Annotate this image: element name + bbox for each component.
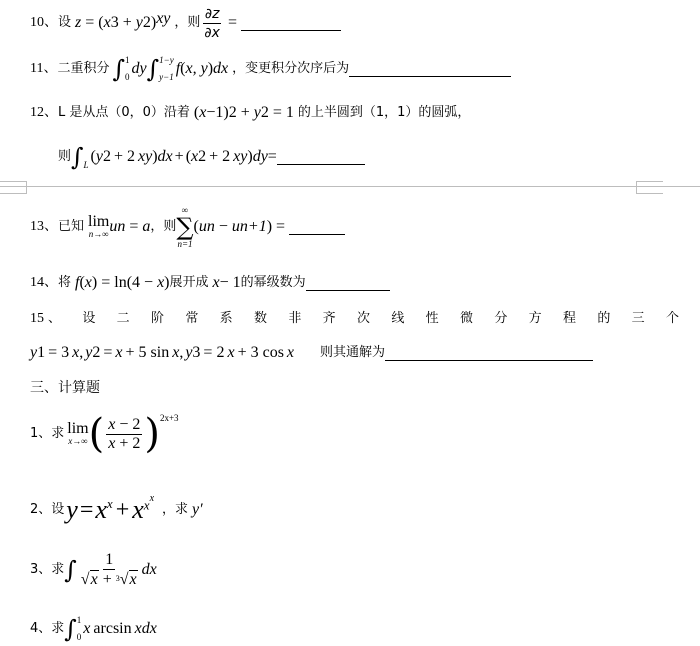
section-title: 三、计算题 — [30, 378, 100, 398]
question-number: 4、求 — [30, 619, 64, 639]
answer-blank[interactable] — [241, 16, 341, 31]
question-number: 10、 — [30, 13, 58, 33]
question-text: 将 — [58, 273, 71, 293]
question-text: 、 设 二 阶 常 系 数 非 齐 次 线 性 微 分 方 程 的 三 个 特 … — [48, 309, 700, 329]
page-margin-mark-left — [0, 181, 27, 194]
question-number: 1、求 — [30, 424, 64, 444]
question-text: L 是从点（0，0）沿着 — [58, 103, 190, 123]
integral-sign: ∫ — [71, 147, 84, 167]
question-text: ，求 — [162, 500, 188, 520]
question-13: 13、 已知 limn→∞ un =a ，则 ∞∑n=1 (un−un+1)= — [30, 204, 345, 250]
fraction: 1√x+3√x — [79, 551, 140, 589]
question-10: 10、 设 z = (x3+y2)xy ，则 ∂z∂x = — [30, 6, 341, 40]
answer-blank[interactable] — [349, 62, 511, 77]
question-14: 14、 将 f(x) = ln(4 −x) 展开成 x− 1 的幂级数为 — [30, 272, 390, 294]
answer-blank[interactable] — [289, 220, 345, 235]
partial-derivative: ∂z∂x — [202, 5, 222, 42]
answer-blank[interactable] — [277, 150, 365, 165]
question-text: 设 — [58, 13, 71, 33]
computation-2: 2、设 y = xx + xxx ，求 y′ — [30, 490, 203, 530]
integral-sign: ∫ — [64, 560, 77, 580]
computation-4: 4、求 ∫10 xarcsinxdx — [30, 612, 157, 646]
question-15: 15 、 设 二 阶 常 系 数 非 齐 次 线 性 微 分 方 程 的 三 个… — [30, 308, 700, 330]
question-text: ，变更积分次序后为 — [232, 59, 349, 79]
question-text: 的上半圆到（1，1）的圆弧， — [298, 103, 471, 123]
question-text: 已知 — [58, 217, 84, 237]
question-text: 的幂级数为 — [241, 273, 306, 293]
page-break-line — [0, 186, 700, 187]
question-text: 则 — [58, 147, 71, 167]
question-11: 11、 二重积分 ∫10 dy ∫1−yy−1 f(x, y)dx ，变更积分次… — [30, 52, 511, 86]
question-text: 二重积分 — [57, 59, 109, 79]
exponent: 2x+3 — [160, 408, 179, 428]
question-12-line-2: 则 ∫ L (y2+ 2xy)dx+(x2+ 2xy)dy= — [58, 140, 365, 174]
question-number: 12、 — [30, 103, 58, 123]
question-12: 12、 L 是从点（0，0）沿着 (x−1)2+y2= 1 的上半圆到（1，1）… — [30, 102, 470, 124]
question-number: 13、 — [30, 217, 58, 237]
question-15-line-2: y1= 3x, y2=x+ 5 sinx, y3= 2x+ 3 cosx 则其通… — [30, 340, 593, 366]
question-text: ，则 — [174, 13, 200, 33]
question-number: 15 — [30, 309, 44, 329]
limit: limn→∞ — [88, 215, 109, 239]
page-margin-mark-right — [636, 181, 663, 194]
question-text: 则其通解为 — [320, 343, 385, 363]
answer-blank[interactable] — [306, 276, 390, 291]
integral-sign: ∫ — [64, 619, 77, 639]
computation-1: 1、求 limx→∞ ( x − 2x + 2 ) 2x+3 — [30, 406, 179, 462]
summation: ∞∑n=1 — [176, 204, 193, 250]
integral-sign: ∫ — [113, 59, 126, 79]
question-number: 3、求 — [30, 560, 64, 580]
question-text: 展开成 — [170, 273, 209, 293]
fraction: x − 2x + 2 — [106, 416, 142, 453]
answer-blank[interactable] — [385, 346, 593, 361]
computation-3: 3、求 ∫ 1√x+3√x dx — [30, 548, 157, 592]
question-text: ，则 — [150, 217, 176, 237]
question-number: 2、设 — [30, 500, 64, 520]
question-number: 14、 — [30, 273, 58, 293]
integral-sign: ∫ — [147, 59, 160, 79]
limit: limx→∞ — [67, 422, 88, 446]
formula: z — [75, 13, 81, 33]
question-number: 11、 — [30, 59, 57, 79]
